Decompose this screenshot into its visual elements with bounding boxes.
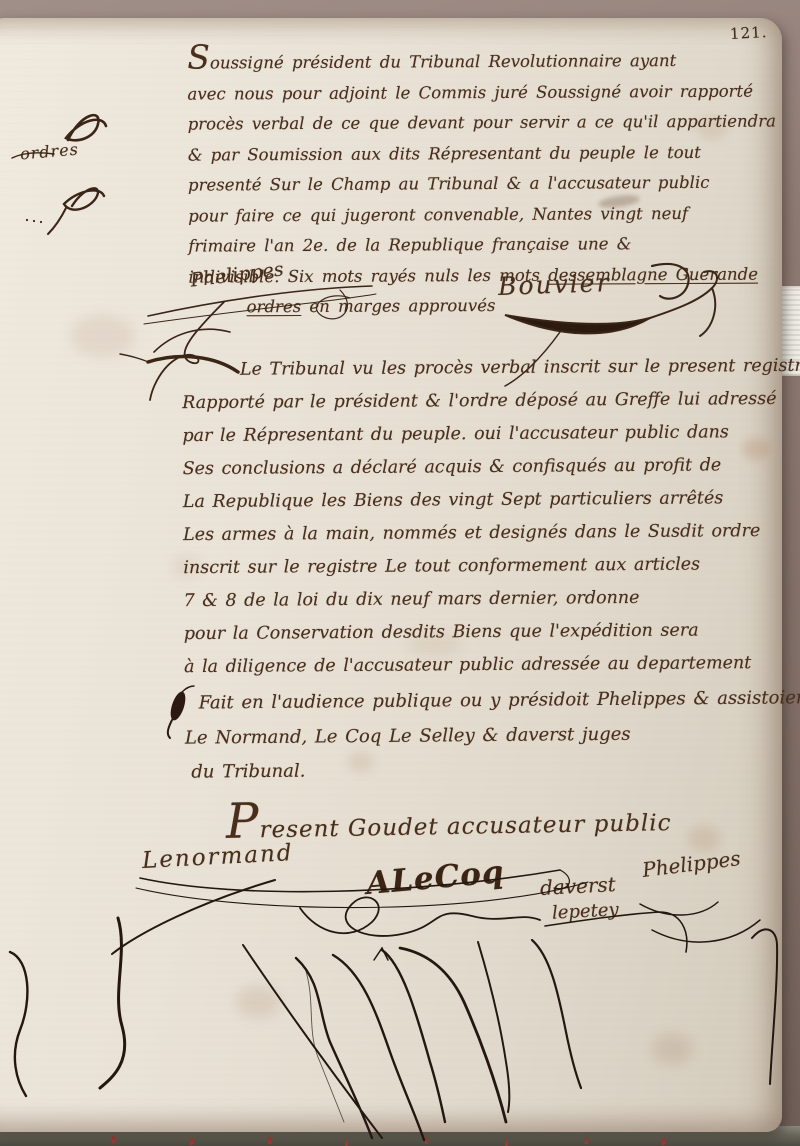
manuscript-line: Fait en l'audience publique ou y présido… [185,681,791,721]
manuscript-line: Les armes à la main, nommés et designés … [183,515,795,552]
manuscript-line: pour la Conservation desdits Biens que l… [184,614,796,651]
manuscript-line: pour faire ce qui jugeront convenable, N… [188,198,792,232]
manuscript-line: Ses conclusions a déclaré acquis & confi… [183,449,795,486]
manuscript-line: Le Normand, Le Coq Le Selley & daverst j… [185,716,791,756]
manuscript-line: Soussigné président du Tribunal Revoluti… [187,42,791,79]
manuscript-line: par le Répresentant du peuple. oui l'acc… [182,416,794,453]
manuscript-line: procès verbal de ce que devant pour serv… [188,106,792,140]
manuscript-line: à la diligence de l'accusateur public ad… [184,647,796,684]
manuscript-line: frimaire l'an 2e. de la Republique franç… [188,228,792,262]
manuscript-line: & par Soumission aux dits Répresentant d… [188,137,792,171]
manuscript-line: presenté Sur le Champ au Tribunal & a l'… [188,167,792,201]
manuscript-line: du Tribunal. [185,750,791,790]
photograph-of-manuscript: 121. ordres Soussigné président du Tribu… [0,0,800,1146]
manuscript-line: Rapporté par le président & l'ordre dépo… [182,383,794,420]
pen-flourishes [0,860,800,1146]
margin-paraph-flourish [10,100,140,250]
paragraph-judgment: Le Tribunal vu les procès verbal inscrit… [182,350,796,684]
manuscript-line: Le Tribunal vu les procès verbal inscrit… [182,350,794,387]
manuscript-line: avec nous pour adjoint le Commis juré So… [187,76,791,110]
manuscript-line: La Republique les Biens des vingt Sept p… [183,482,795,519]
manuscript-line: 7 & 8 de la loi du dix neuf mars dernier… [183,581,795,618]
manuscript-line: inscrit sur le registre Le tout conforme… [183,548,795,585]
paragraph-closing: Fait en l'audience publique ou y présido… [185,681,792,790]
page-number: 121. [730,23,768,43]
